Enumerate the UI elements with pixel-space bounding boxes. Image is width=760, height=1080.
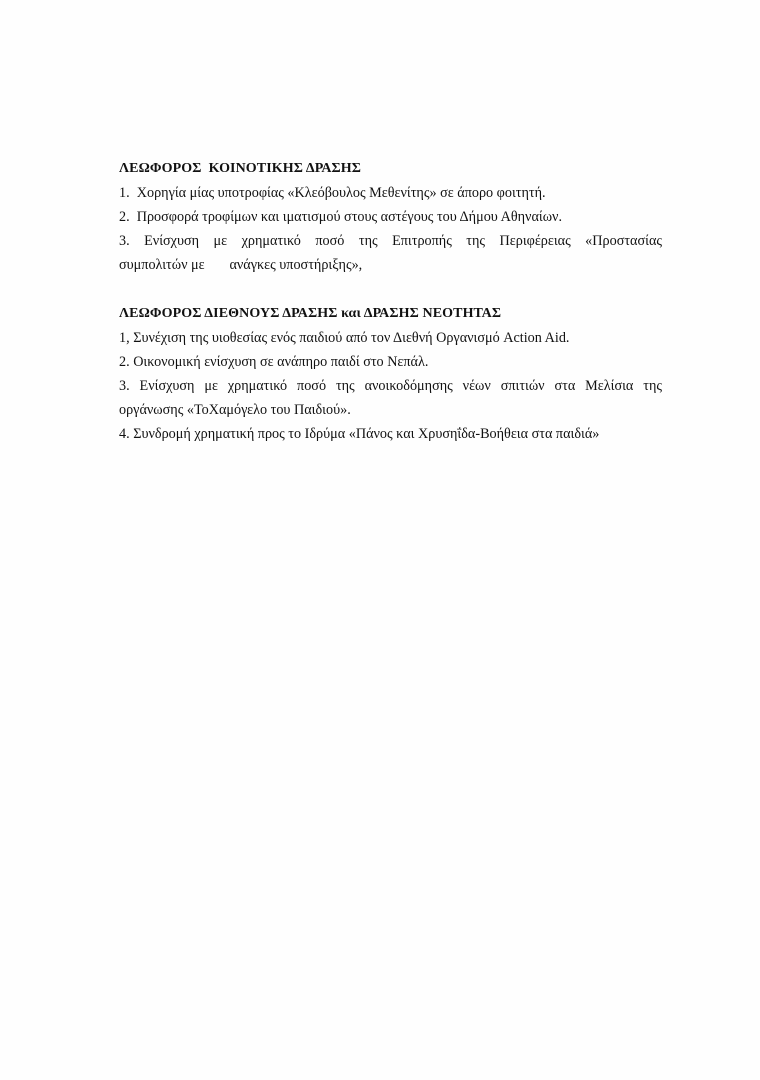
scanned-page: ΛΕΩΦΟΡΟΣ ΚΟΙΝΟΤΙΚΗΣ ΔΡΑΣΗΣ 1. Χορηγία μί… [0, 0, 760, 1080]
list-item-text: 3. Ενίσχυση με χρηματικό ποσό της ανοικο… [119, 374, 662, 398]
list-item-text: 1, Συνέχιση της υιοθεσίας ενός παιδιού α… [119, 326, 662, 350]
list-item-text: 2. Οικονομική ενίσχυση σε ανάπηρο παιδί … [119, 350, 662, 374]
section-title: ΛΕΩΦΟΡΟΣ ΚΟΙΝΟΤΙΚΗΣ ΔΡΑΣΗΣ [119, 157, 662, 181]
list-item: 2. Οικονομική ενίσχυση σε ανάπηρο παιδί … [119, 350, 662, 374]
document-body: ΛΕΩΦΟΡΟΣ ΚΟΙΝΟΤΙΚΗΣ ΔΡΑΣΗΣ 1. Χορηγία μί… [119, 157, 662, 446]
list-item: 1, Συνέχιση της υιοθεσίας ενός παιδιού α… [119, 326, 662, 350]
list-item: 1. Χορηγία μίας υποτροφίας «Κλεόβουλος Μ… [119, 181, 662, 205]
list-item-text: 3. Ενίσχυση με χρηματικό ποσό της Επιτρο… [119, 229, 662, 253]
list-item: 3. Ενίσχυση με χρηματικό ποσό της Επιτρο… [119, 229, 662, 277]
list-item-text-continued: οργάνωσης «ΤοΧαμόγελο του Παιδιού». [119, 398, 662, 422]
section-spacer [119, 277, 662, 302]
list-item-text: 4. Συνδρομή χρηματική προς το Ιδρύμα «Πά… [119, 422, 662, 446]
list-item-text: 1. Χορηγία μίας υποτροφίας «Κλεόβουλος Μ… [119, 181, 662, 205]
section-title: ΛΕΩΦΟΡΟΣ ΔΙΕΘΝΟΥΣ ΔΡΑΣΗΣ και ΔΡΑΣΗΣ ΝΕΟΤ… [119, 302, 662, 326]
list-item: 4. Συνδρομή χρηματική προς το Ιδρύμα «Πά… [119, 422, 662, 446]
list-item: 2. Προσφορά τροφίμων και ιματισμού στους… [119, 205, 662, 229]
list-item-text: 2. Προσφορά τροφίμων και ιματισμού στους… [119, 205, 662, 229]
section-community-action: ΛΕΩΦΟΡΟΣ ΚΟΙΝΟΤΙΚΗΣ ΔΡΑΣΗΣ 1. Χορηγία μί… [119, 157, 662, 277]
section-international-youth-action: ΛΕΩΦΟΡΟΣ ΔΙΕΘΝΟΥΣ ΔΡΑΣΗΣ και ΔΡΑΣΗΣ ΝΕΟΤ… [119, 302, 662, 446]
list-item-text-continued: συμπολιτών με ανάγκες υποστήριξης», [119, 253, 662, 277]
list-item: 3. Ενίσχυση με χρηματικό ποσό της ανοικο… [119, 374, 662, 422]
